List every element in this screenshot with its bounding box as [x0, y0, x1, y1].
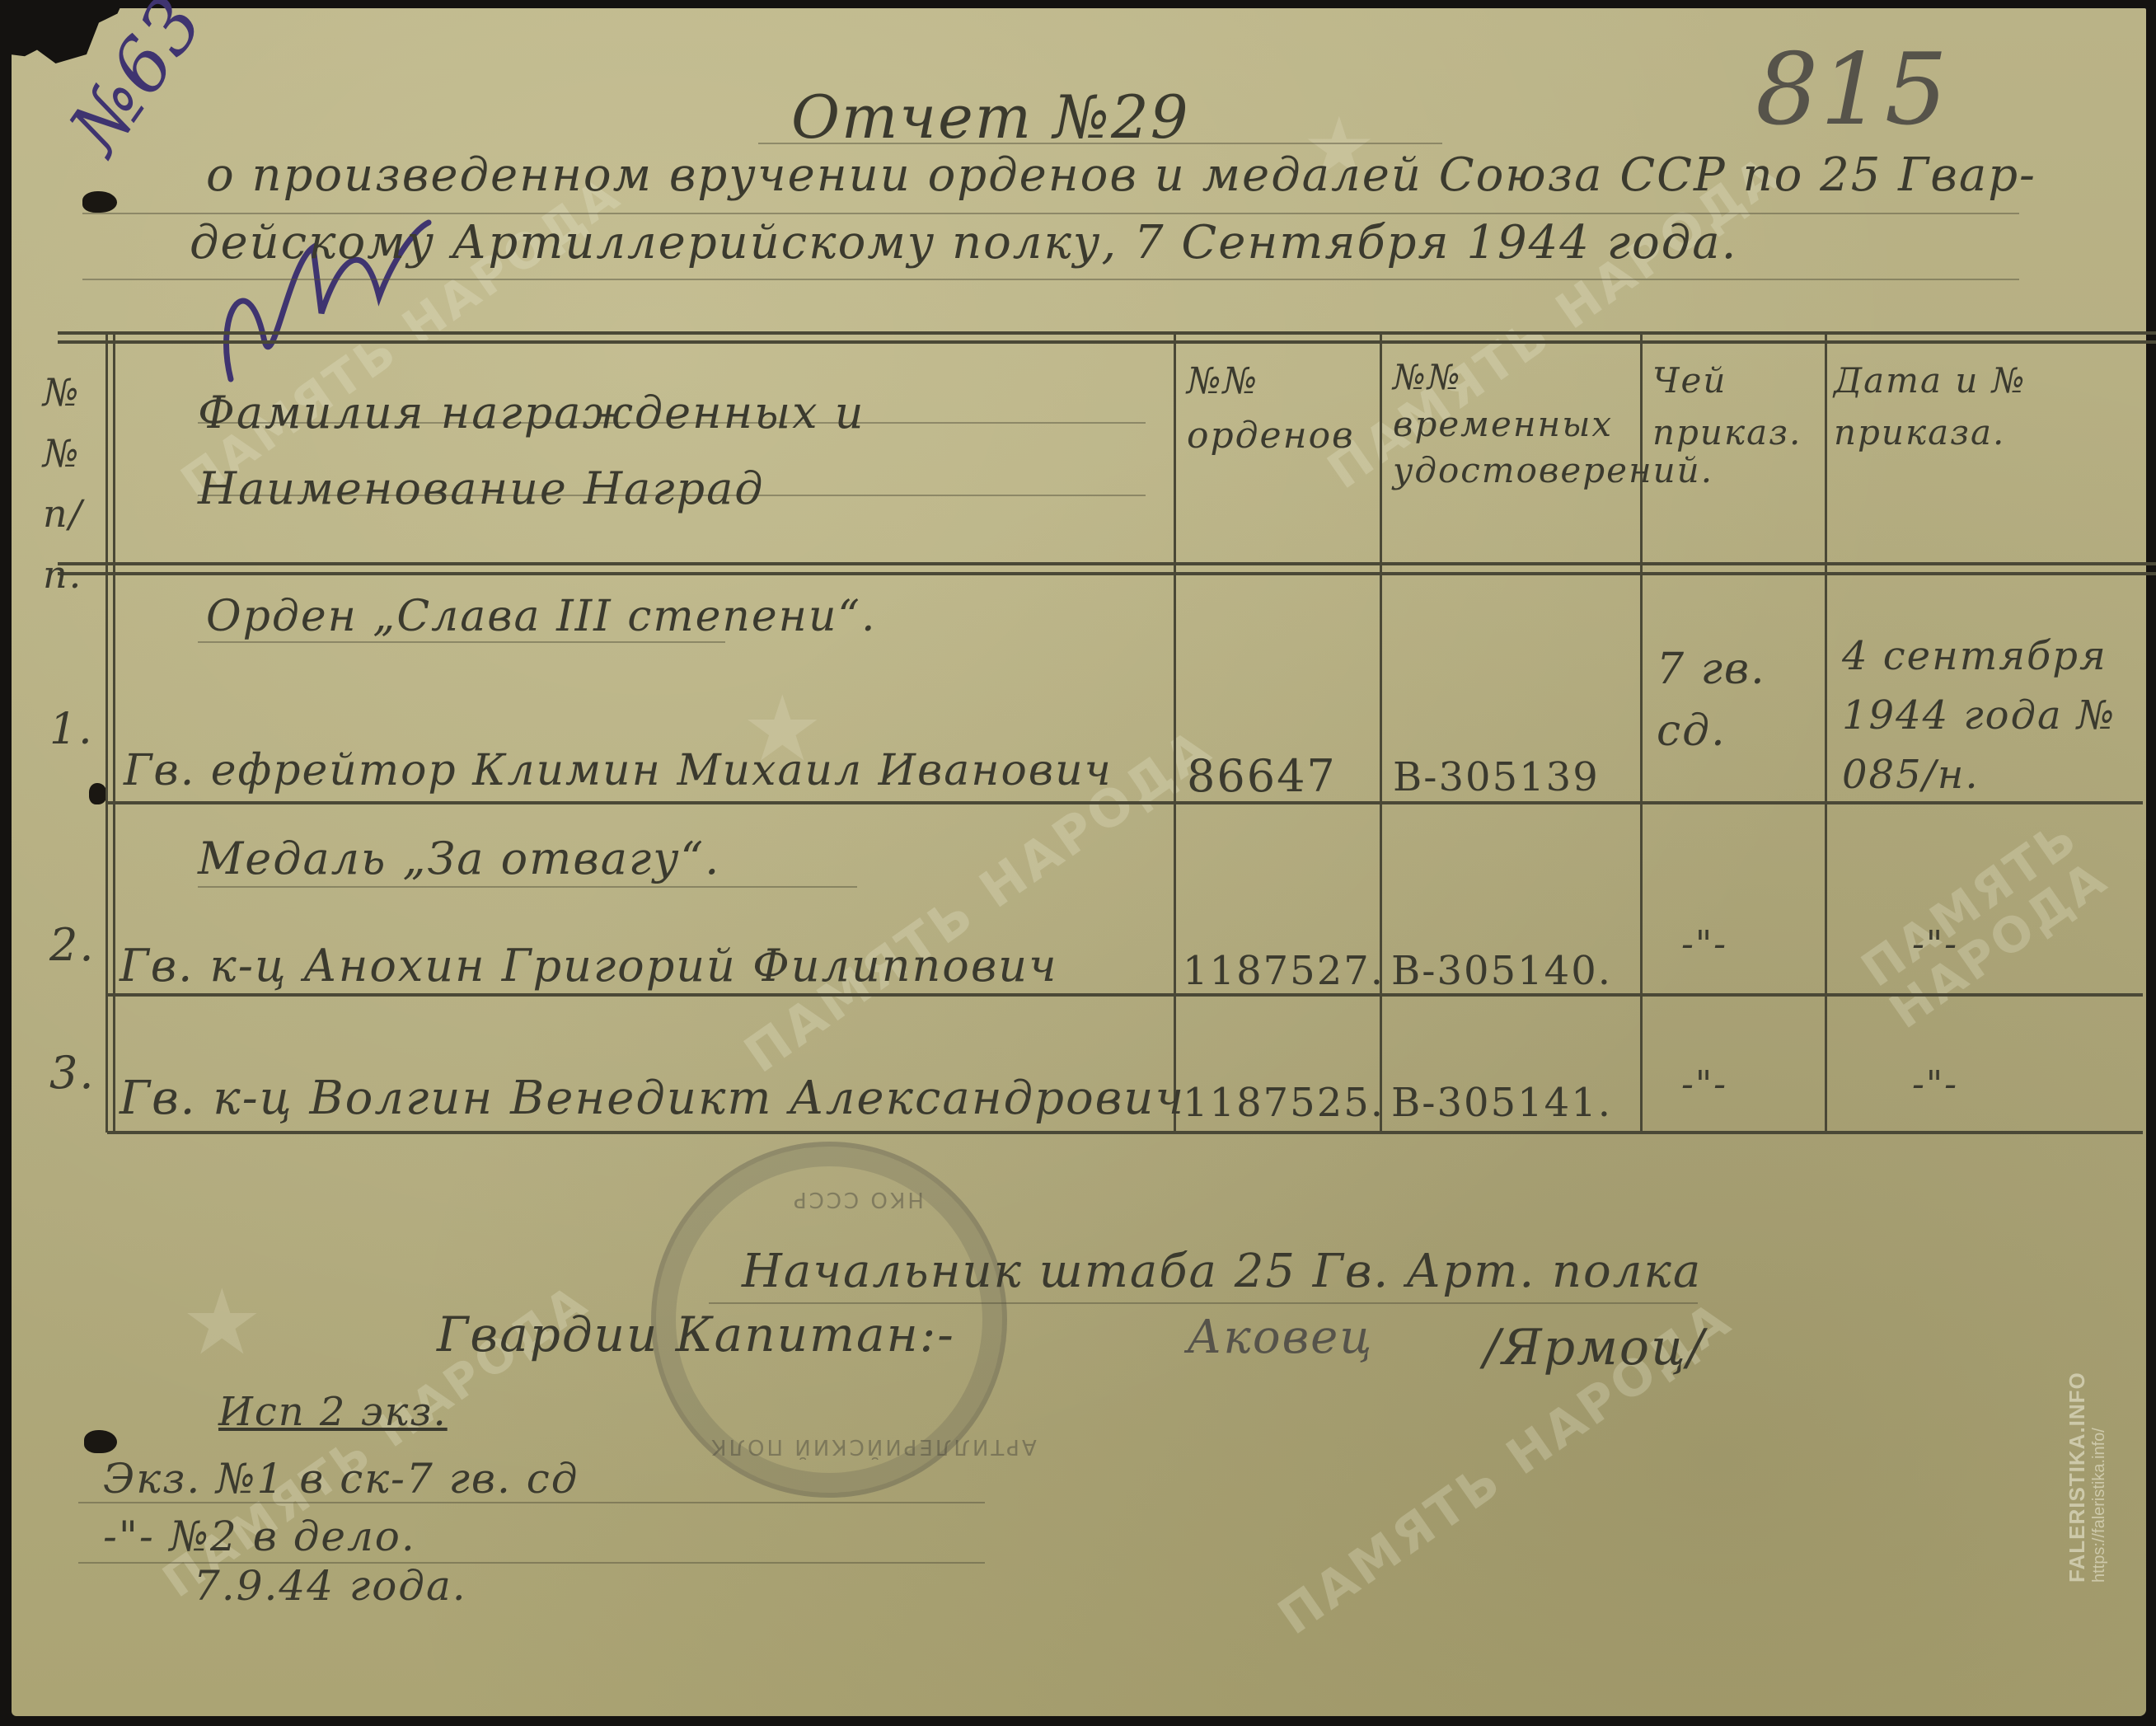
- punch-hole: [89, 783, 107, 804]
- stamp-bottom-text: АРТИЛЛЕРИЙСКИЙ ПОЛК: [709, 1434, 1037, 1459]
- recipient-name: Гв. к-ц Анохин Григорий Филиппович: [120, 940, 1058, 992]
- header-cert-numbers: №№ временных удостоверений.: [1393, 354, 1640, 495]
- issuer: 7 гв. сд.: [1657, 639, 1805, 763]
- issuer: -"-: [1681, 1063, 1727, 1105]
- site-name: FALERISTIKA.INFO: [2065, 1372, 2090, 1583]
- order-number: 86647: [1187, 750, 1337, 802]
- certificate-number: В-305139: [1393, 754, 1600, 800]
- signatory-rank: Гвардии Капитан:-: [437, 1306, 955, 1363]
- signature-scrawl: Аковец: [1187, 1311, 1373, 1364]
- recipient-name: Гв. ефрейтор Климин Михаил Иванович: [124, 746, 1113, 795]
- header-issuer: Чей приказ.: [1652, 354, 1821, 458]
- copy-2-note: -"- №2 в дело.: [103, 1513, 416, 1560]
- ruled-line: [198, 886, 857, 888]
- order-number: 1187527.: [1183, 948, 1385, 994]
- award-group-title: Орден „Слава III степени“.: [206, 592, 877, 641]
- ruled-line: [78, 1502, 985, 1503]
- header-num: №№ п/п.: [43, 363, 109, 605]
- award-group-title: Медаль „За отвагу“.: [198, 833, 720, 884]
- ruled-line: [82, 213, 2019, 214]
- issuer: -"-: [1681, 923, 1727, 965]
- signatory-position: Начальник штаба 25 Гв. Арт. полка: [742, 1245, 1702, 1298]
- subtitle-line-1: о произведенном вручении орденов и медал…: [206, 148, 2036, 202]
- row-number: 3.: [49, 1047, 96, 1099]
- site-watermark: FALERISTIKA.INFO https://faleristika.inf…: [2065, 1372, 2109, 1583]
- ruled-line: [198, 641, 725, 643]
- ruled-line: [82, 279, 2019, 280]
- order-date: -"-: [1912, 1063, 1958, 1105]
- subtitle-line-2: дейскому Артиллерийскому полку, 7 Сентяб…: [190, 216, 1737, 270]
- signatory-name: /Ярмоц/: [1483, 1319, 1705, 1377]
- punch-hole: [84, 1430, 117, 1453]
- title-underline: [758, 143, 1442, 144]
- certificate-number: В-305141.: [1391, 1080, 1612, 1126]
- order-date: -"-: [1912, 923, 1958, 965]
- archive-number: 815: [1755, 33, 1949, 148]
- stamp-top-text: НКО СССР: [791, 1187, 924, 1212]
- note-date: 7.9.44 года.: [194, 1562, 467, 1610]
- order-date: 4 сентября 1944 года № 085/н.: [1842, 626, 2122, 804]
- recipient-name: Гв. к-ц Волгин Венедикт Александрович: [120, 1072, 1185, 1125]
- ruled-line: [709, 1302, 1698, 1304]
- punch-hole: [82, 191, 117, 213]
- header-name: Фамилия награжденных и Наименование Нагр…: [198, 375, 1146, 527]
- site-url[interactable]: https://faleristika.info/: [2090, 1372, 2109, 1583]
- document-title: Отчет №29: [791, 82, 1190, 152]
- row-number: 2.: [49, 919, 96, 971]
- certificate-number: В-305140.: [1391, 948, 1612, 994]
- watermark-star-icon: ★: [181, 1269, 263, 1375]
- row-number: 1.: [49, 705, 94, 754]
- order-number: 1187525.: [1183, 1080, 1385, 1126]
- header-order-date: Дата и № приказа.: [1834, 354, 2130, 458]
- header-order-numbers: №№ орденов: [1187, 354, 1368, 463]
- copies-note: Исп 2 экз.: [218, 1389, 448, 1435]
- copy-1-note: Экз. №1 в ск-7 гв. сд: [103, 1455, 579, 1503]
